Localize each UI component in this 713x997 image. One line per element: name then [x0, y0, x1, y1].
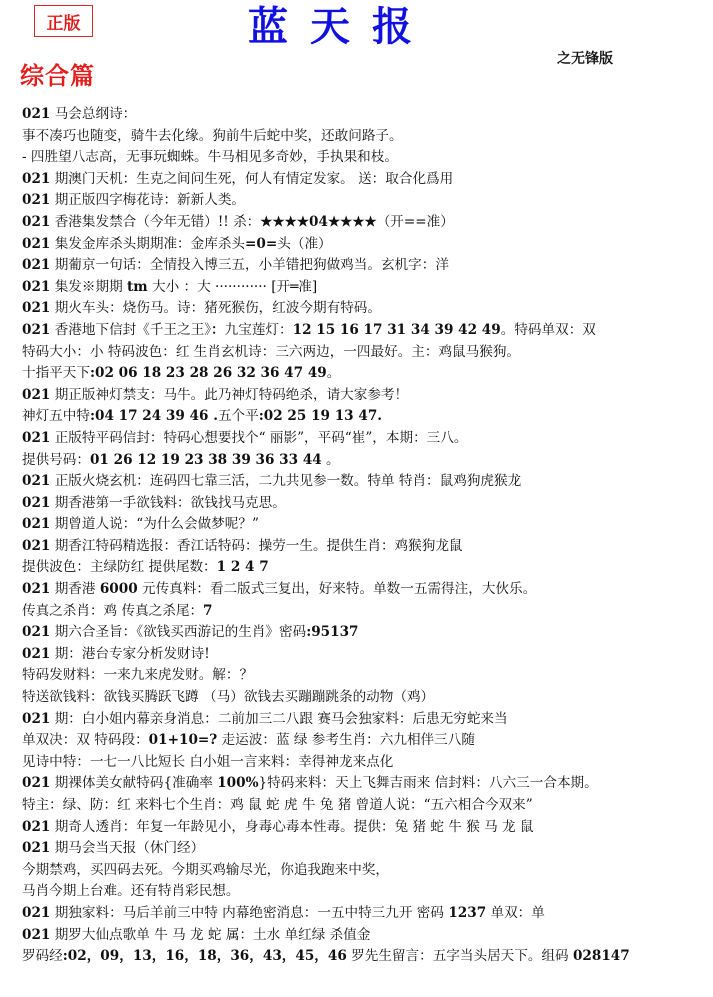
- text-line: 021 期六合圣旨：《欲钱买西游记的生肖》密码:95137: [22, 622, 712, 644]
- text-line: 神灯五中特:04 17 24 39 46 .五个平:02 25 19 13 47…: [22, 406, 712, 428]
- edition-label: 之无锋版: [557, 48, 613, 68]
- text-segment: 特码发财料：一来九来虎发财。解：？: [22, 667, 253, 683]
- text-segment: - 四胜望八志高，无事玩蜘蛛。牛马相见多奇妙，手执果和枝。: [22, 149, 398, 165]
- text-segment: :02 06 18 23 28 26 32 36 47 49: [90, 365, 327, 381]
- text-line: 021 期罗大仙点歌单 牛 马 龙 蛇 属：土水 单红绿 杀值金: [22, 925, 712, 947]
- text-segment: 期奇人透肖：年复一年龄见小，身毒心毒本性毒。提供：兔 猪 蛇 牛 猴 马 龙 鼠: [50, 819, 533, 835]
- text-segment: 021: [22, 106, 50, 122]
- text-segment: 021: [22, 473, 50, 489]
- text-line: 特送欲钱料：欲钱买腾跃飞蹲 （马）欲钱去买蹦蹦跳条的动物（鸡）: [22, 687, 712, 709]
- text-segment: 马会总纲诗：: [50, 106, 136, 122]
- text-segment: 提供号码：: [22, 452, 90, 468]
- text-segment: ：: [211, 322, 225, 338]
- text-segment: 期香江特码精选报：香江话特码：操劳一生。提供生肖：鸡猴狗龙鼠: [50, 538, 462, 554]
- text-line: 021 期独家料：马后羊前三中特 内幕绝密消息：一五中特三九开 密码 1237 …: [22, 903, 712, 925]
- text-segment: 期火车头：烧伤马。诗：猪死猴伤，红波今期有特码。: [50, 300, 381, 316]
- text-segment: 期：白小姐内幕亲身消息：二前加三二八跟 赛马会独家料：后患无穷蛇来当: [50, 711, 507, 727]
- text-segment: 021: [22, 430, 50, 446]
- text-line: 021 期香港第一手欲钱料：欲钱找马克思。: [22, 493, 712, 515]
- text-segment: 6000: [100, 581, 138, 597]
- text-line: 特码大小：小 特码波色：红 生肖玄机诗：三六两边，一四最好。主：鸡鼠马猴狗。: [22, 342, 712, 364]
- text-segment: 期葡京一句话：全情投入博三五，小羊错把狗做鸡当。玄机字：洋: [50, 257, 449, 273]
- text-segment: 今期禁鸡，买四码去死。今期买鸡输尽光，你追我跑来中奖，: [22, 862, 389, 878]
- text-line: 021 正版火烧玄机：连码四七靠三活，二九共见参一数。特单 特肖：鼠鸡狗虎猴龙: [22, 471, 712, 493]
- text-segment: 。: [327, 365, 341, 381]
- text-segment: 021: [22, 257, 50, 273]
- text-segment: 期六合圣旨：《欲钱买西游记的生肖》密码: [50, 624, 306, 640]
- text-segment: 九宝莲灯：: [225, 322, 293, 338]
- text-line: 021 期曾道人说：“为什么会做梦呢？”: [22, 514, 712, 536]
- text-line: 021 期裸体美女献特码{准确率 100%}特码来料：天上飞舞吉雨来 信封料：八…: [22, 773, 712, 795]
- text-line: 021 期香江特码精选报：香江话特码：操劳一生。提供生肖：鸡猴狗龙鼠: [22, 536, 712, 558]
- text-line: 今期禁鸡，买四码去死。今期买鸡输尽光，你追我跑来中奖，: [22, 860, 712, 882]
- text-segment: 期马会当天报（休门经）: [50, 840, 204, 856]
- text-segment: 021: [22, 927, 50, 943]
- text-segment: 021: [22, 775, 50, 791]
- text-segment: 021: [22, 279, 50, 295]
- text-segment: 单双决：双 特码段：: [22, 732, 149, 748]
- text-segment: 期澳门天机：生克之间问生死，何人有情定发家。 送：取合化爲用: [50, 171, 453, 187]
- text-segment: 021: [22, 214, 50, 230]
- text-line: - 四胜望八志高，无事玩蜘蛛。牛马相见多奇妙，手执果和枝。: [22, 147, 712, 169]
- text-segment: ★★★★04★★★★: [260, 214, 376, 230]
- text-line: 021 集发※期期 tm 大小 ：大 ············ [开═准]: [22, 277, 712, 299]
- text-line: 事不凑巧也随变，骑牛去化缘。狗前牛后蛇中奖，还敢问路子。: [22, 126, 712, 148]
- text-segment: 提供波色：主绿防红 提供尾数：: [22, 559, 217, 575]
- text-line: 单双决：双 特码段：01+10=? 走运波：蓝 绿 参考生肖：六九相伴三八随: [22, 730, 712, 752]
- text-line: 罗码经:02，09，13，16，18，36，43，45，46 罗先生留言：五字当…: [22, 946, 712, 968]
- text-segment: 。特码单双：双: [501, 322, 596, 338]
- text-segment: 期独家料：马后羊前三中特 内幕绝密消息：一五中特三九开 密码: [50, 905, 448, 921]
- text-segment: :95137: [306, 624, 358, 640]
- text-segment: 021: [22, 236, 50, 252]
- text-line: 021 期：港台专家分析发财诗!: [22, 644, 712, 666]
- text-segment: 021: [22, 905, 50, 921]
- text-segment: 期裸体美女献特码{准确率: [50, 775, 217, 791]
- text-segment: :04 17 24 39 46 .: [90, 408, 218, 424]
- text-segment: 期正版四字梅花诗：新新人类。: [50, 192, 245, 208]
- text-segment: 7: [203, 603, 212, 619]
- text-segment: 01+10=?: [149, 732, 218, 748]
- text-segment: 021: [22, 711, 50, 727]
- text-line: 021 期香港 6000 元传真料：看二版式三复出，好来特。单数一五需得注，大伙…: [22, 579, 712, 601]
- text-segment: 罗先生留言：五字当头居天下。组码: [347, 948, 573, 964]
- text-segment: 1237: [448, 905, 486, 921]
- stamp-label: 正版: [47, 9, 81, 34]
- text-segment: 特主：绿、防：红 来料七个生肖：鸡 鼠 蛇 虎 牛 兔 猪 曾道人说：“五六相合…: [22, 797, 533, 813]
- text-segment: 集发※期期: [50, 279, 127, 295]
- text-segment: 028147: [573, 948, 630, 964]
- text-segment: 五个平: [218, 408, 259, 424]
- text-segment: 021: [22, 538, 50, 554]
- text-segment: 021: [22, 322, 50, 338]
- text-segment: 01 26 12 19 23 38 39 36 33 44: [90, 452, 322, 468]
- text-segment: 正版特平码信封：特码心想要找个“ 丽影”，平码“崔”，本期：三八。: [50, 430, 467, 446]
- text-line: 021 香港地下信封《千王之王》：九宝莲灯：12 15 16 17 31 34 …: [22, 320, 712, 342]
- text-segment: 正版火烧玄机：连码四七靠三活，二九共见参一数。特单 特肖：鼠鸡狗虎猴龙: [50, 473, 521, 489]
- text-segment: 100%: [217, 775, 258, 791]
- text-segment: 元传真料：看二版式三复出，好来特。单数一五需得注，大伙乐。: [138, 581, 537, 597]
- text-line: 021 期：白小姐内幕亲身消息：二前加三二八跟 赛马会独家料：后患无穷蛇来当: [22, 709, 712, 731]
- text-segment: 特送欲钱料：欲钱买腾跃飞蹲 （马）欲钱去买蹦蹦跳条的动物（鸡）: [22, 689, 434, 705]
- text-line: 021 期葡京一句话：全情投入博三五，小羊错把狗做鸡当。玄机字：洋: [22, 255, 712, 277]
- text-segment: 期：港台专家分析发财诗!: [50, 646, 209, 662]
- text-line: 021 期火车头：烧伤马。诗：猪死猴伤，红波今期有特码。: [22, 298, 712, 320]
- text-line: 021 期澳门天机：生克之间问生死，何人有情定发家。 送：取合化爲用: [22, 169, 712, 191]
- text-segment: :02，09，13，16，18，36，43，45，46: [63, 948, 347, 964]
- text-segment: 021: [22, 516, 50, 532]
- text-segment: 头（准）: [277, 236, 331, 252]
- text-line: 021 期奇人透肖：年复一年龄见小，身毒心毒本性毒。提供：兔 猪 蛇 牛 猴 马…: [22, 817, 712, 839]
- text-segment: 12 15 16 17 31 34 39 42 49: [293, 322, 501, 338]
- text-line: 特码发财料：一来九来虎发财。解：？: [22, 665, 712, 687]
- text-segment: （开==准）: [377, 214, 454, 230]
- text-segment: 021: [22, 300, 50, 316]
- text-segment: 期曾道人说：“为什么会做梦呢？”: [50, 516, 259, 532]
- text-line: 021 正版特平码信封：特码心想要找个“ 丽影”，平码“崔”，本期：三八。: [22, 428, 712, 450]
- text-line: 021 期正版神灯禁支：马牛。此乃神灯特码绝杀，请大家参考！: [22, 385, 712, 407]
- text-segment: 期罗大仙点歌单 牛 马 龙 蛇 属：土水 单红绿 杀值金: [50, 927, 370, 943]
- authentic-stamp: 正版: [34, 5, 93, 37]
- page-title: 蓝天报: [248, 2, 434, 52]
- text-line: 021 期马会当天报（休门经）: [22, 838, 712, 860]
- text-segment: 十指平天下: [22, 365, 90, 381]
- text-line: 提供波色：主绿防红 提供尾数：1 2 4 7: [22, 557, 712, 579]
- text-segment: 单双：单: [486, 905, 545, 921]
- text-segment: 大小 ：大 ············ [开═准]: [148, 279, 318, 295]
- text-line: 见诗中特：一七一八比短长 白小姐一言来料：幸得神龙来点化: [22, 752, 712, 774]
- text-segment: 期香港第一手欲钱料：欲钱找马克思。: [50, 495, 285, 511]
- text-segment: 期香港: [50, 581, 99, 597]
- text-segment: 021: [22, 646, 50, 662]
- text-segment: 罗码经: [22, 948, 63, 964]
- text-segment: 香港地下信封《千王之王》: [50, 322, 211, 338]
- text-segment: 事不凑巧也随变，骑牛去化缘。狗前牛后蛇中奖，还敢问路子。: [22, 128, 403, 144]
- text-segment: 021: [22, 171, 50, 187]
- text-segment: 021: [22, 819, 50, 835]
- text-segment: =0=: [245, 236, 277, 252]
- text-line: 传真之杀肖：鸡 传真之杀尾：7: [22, 601, 712, 623]
- text-segment: 马肖今期上台难。还有特肖彩民想。: [22, 883, 240, 899]
- text-segment: 特码大小：小 特码波色：红 生肖玄机诗：三六两边，一四最好。主：鸡鼠马猴狗。: [22, 344, 520, 360]
- text-segment: 021: [22, 624, 50, 640]
- text-segment: 神灯五中特: [22, 408, 90, 424]
- text-line: 马肖今期上台难。还有特肖彩民想。: [22, 881, 712, 903]
- text-segment: :02 25 19 13 47.: [259, 408, 382, 424]
- text-segment: 021: [22, 495, 50, 511]
- text-segment: 见诗中特：一七一八比短长 白小姐一言来料：幸得神龙来点化: [22, 754, 393, 770]
- text-segment: tm: [127, 279, 148, 295]
- text-line: 021 期正版四字梅花诗：新新人类。: [22, 190, 712, 212]
- text-line: 021 集发金库杀头期期准：金库杀头=0=头（准）: [22, 234, 712, 256]
- section-heading: 综合篇: [20, 60, 95, 92]
- text-segment: 期正版神灯禁支：马牛。此乃神灯特码绝杀，请大家参考！: [50, 387, 408, 403]
- text-segment: 集发金库杀头期期准：金库杀头: [50, 236, 245, 252]
- text-segment: 021: [22, 387, 50, 403]
- text-line: 十指平天下:02 06 18 23 28 26 32 36 47 49。: [22, 363, 712, 385]
- text-segment: 021: [22, 581, 50, 597]
- text-segment: 。: [322, 452, 340, 468]
- text-segment: 1 2 4 7: [217, 559, 269, 575]
- text-line: 021 香港集发禁合（今年无错）!! 杀：★★★★04★★★★（开==准）: [22, 212, 712, 234]
- text-line: 特主：绿、防：红 来料七个生肖：鸡 鼠 蛇 虎 牛 兔 猪 曾道人说：“五六相合…: [22, 795, 712, 817]
- text-line: 提供号码：01 26 12 19 23 38 39 36 33 44 。: [22, 450, 712, 472]
- text-line: 021 马会总纲诗：: [22, 104, 712, 126]
- text-segment: 香港集发禁合（今年无错）!! 杀：: [50, 214, 260, 230]
- article-body: 021 马会总纲诗：事不凑巧也随变，骑牛去化缘。狗前牛后蛇中奖，还敢问路子。- …: [22, 104, 712, 968]
- text-segment: 021: [22, 192, 50, 208]
- text-segment: }特码来料：天上飞舞吉雨来 信封料：八六三一合本期。: [259, 775, 598, 791]
- text-segment: 021: [22, 840, 50, 856]
- text-segment: 走运波：蓝 绿 参考生肖：六九相伴三八随: [217, 732, 475, 748]
- text-segment: 传真之杀肖：鸡 传真之杀尾：: [22, 603, 203, 619]
